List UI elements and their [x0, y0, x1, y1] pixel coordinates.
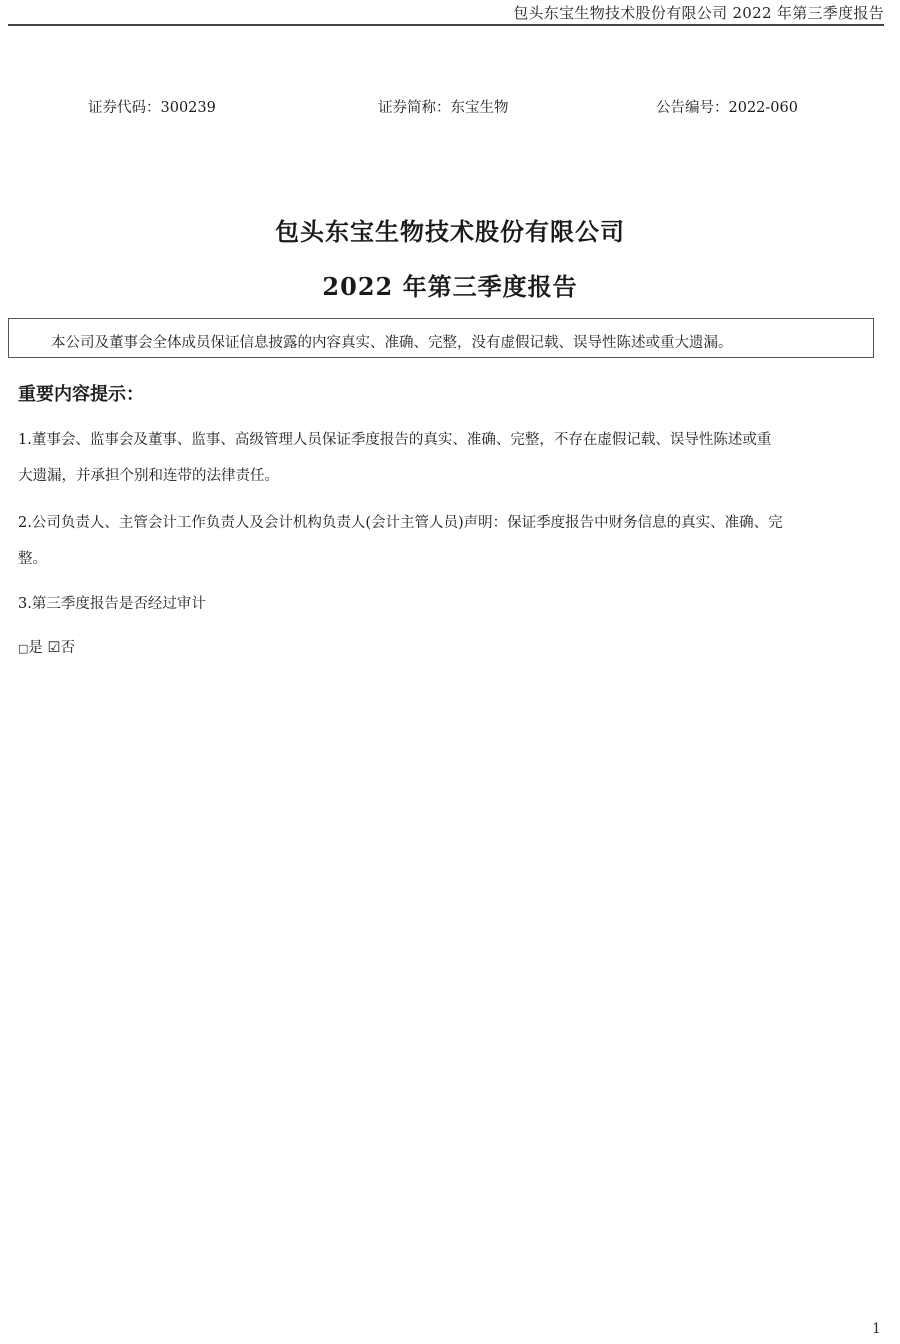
- page-number: 1: [872, 1321, 881, 1337]
- audit-yes-label: 是: [28, 640, 43, 656]
- company-title: 包头东宝生物技术股份有限公司: [0, 212, 900, 247]
- header-rule: [8, 24, 884, 26]
- audit-options: □是 ☑否: [18, 636, 75, 657]
- announcement-number: 公告编号：2022-060: [656, 96, 798, 117]
- report-title: 2022 年第三季度报告: [0, 267, 900, 302]
- paragraph-1-line-2: 大遗漏，并承担个别和连带的法律责任。: [18, 464, 279, 485]
- paragraph-3: 3.第三季度报告是否经过审计: [18, 592, 206, 613]
- disclosure-notice-text: 本公司及董事会全体成员保证信息披露的内容真实、准确、完整，没有虚假记载、误导性陈…: [51, 331, 733, 352]
- stock-abbreviation: 证券简称：东宝生物: [378, 96, 509, 117]
- audit-no-label: 否: [61, 640, 76, 656]
- disclosure-notice-box: 本公司及董事会全体成员保证信息披露的内容真实、准确、完整，没有虚假记载、误导性陈…: [8, 318, 874, 358]
- stock-code: 证券代码：300239: [88, 96, 216, 117]
- paragraph-2-line-1: 2.公司负责人、主管会计工作负责人及会计机构负责人(会计主管人员)声明：保证季度…: [18, 511, 783, 532]
- paragraph-1-line-1: 1.董事会、监事会及董事、监事、高级管理人员保证季度报告的真实、准确、完整，不存…: [18, 428, 771, 449]
- checked-box-icon: ☑: [48, 640, 61, 656]
- unchecked-box-icon: □: [18, 642, 28, 655]
- paragraph-2-line-2: 整。: [18, 547, 47, 568]
- running-header: 包头东宝生物技术股份有限公司 2022 年第三季度报告: [513, 2, 884, 23]
- section-heading: 重要内容提示：: [18, 380, 144, 406]
